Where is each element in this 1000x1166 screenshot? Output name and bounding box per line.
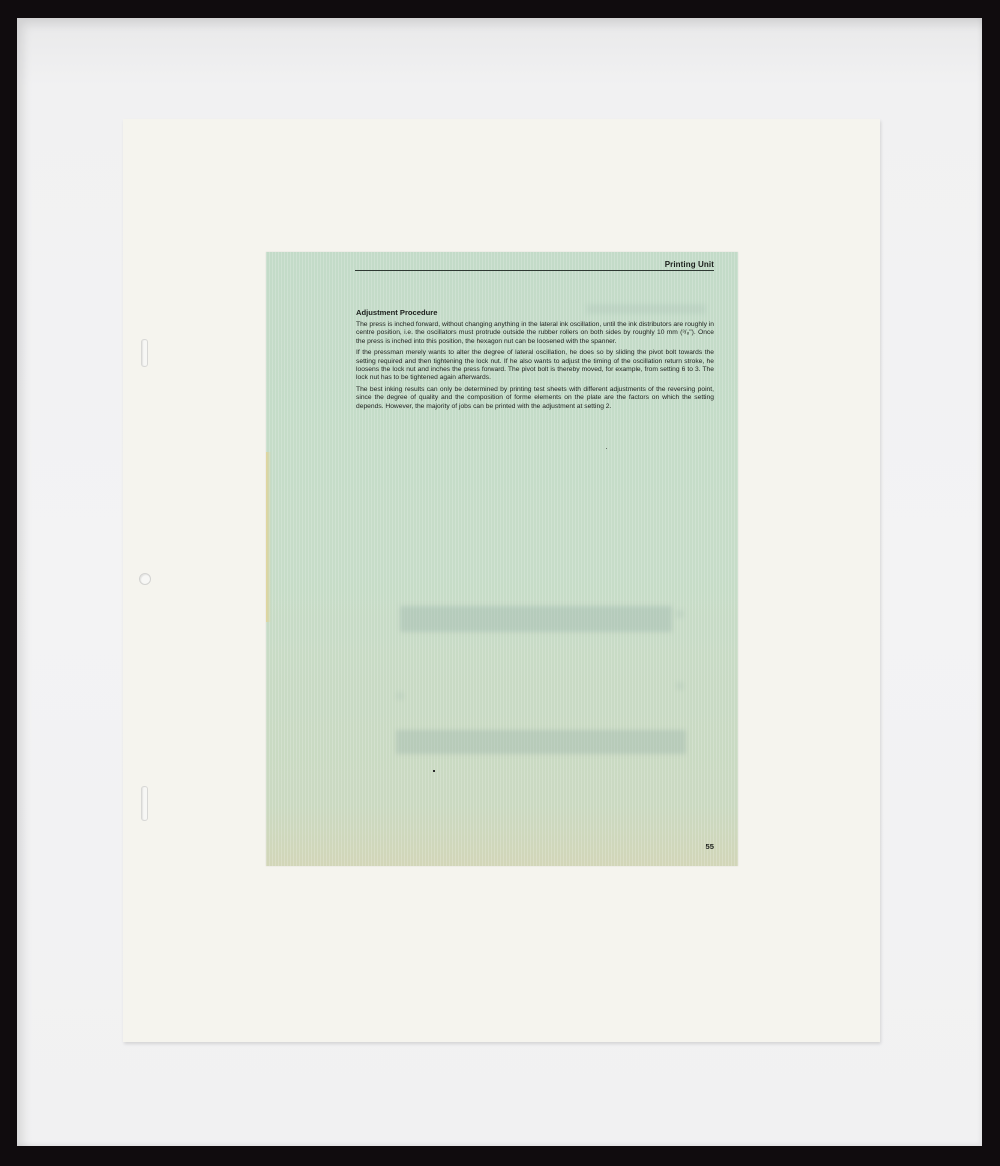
header-rule: [355, 270, 714, 271]
running-header: Printing Unit: [665, 260, 714, 269]
binder-slot-top: [141, 339, 148, 367]
binder-slot-bottom: [141, 786, 148, 821]
frame-mat: Printing Unit Adjustment Procedure The p…: [17, 18, 982, 1146]
show-through-mark-3: [396, 692, 404, 700]
body-text: The press is inched forward, without cha…: [356, 321, 714, 414]
manual-page: Printing Unit Adjustment Procedure The p…: [266, 252, 738, 866]
picture-frame: Printing Unit Adjustment Procedure The p…: [0, 0, 1000, 1166]
page-number: 55: [706, 842, 714, 851]
ink-speck: [433, 770, 435, 772]
show-through-band-2: [396, 730, 686, 754]
paragraph: If the pressman merely wants to alter th…: [356, 349, 714, 383]
show-through-heading: [586, 304, 706, 314]
paragraph: The press is inched forward, without cha…: [356, 321, 714, 346]
binder-hole-middle: [139, 573, 151, 585]
show-through-mark-2: [676, 682, 684, 690]
show-through-band-1: [400, 606, 672, 632]
show-through-mark-1: [676, 610, 684, 618]
page-aging-stain: [266, 452, 271, 622]
section-heading: Adjustment Procedure: [356, 308, 437, 317]
ink-speck: [606, 448, 607, 449]
paragraph: The best inking results can only be dete…: [356, 386, 714, 411]
mounting-sheet: Printing Unit Adjustment Procedure The p…: [123, 119, 880, 1042]
